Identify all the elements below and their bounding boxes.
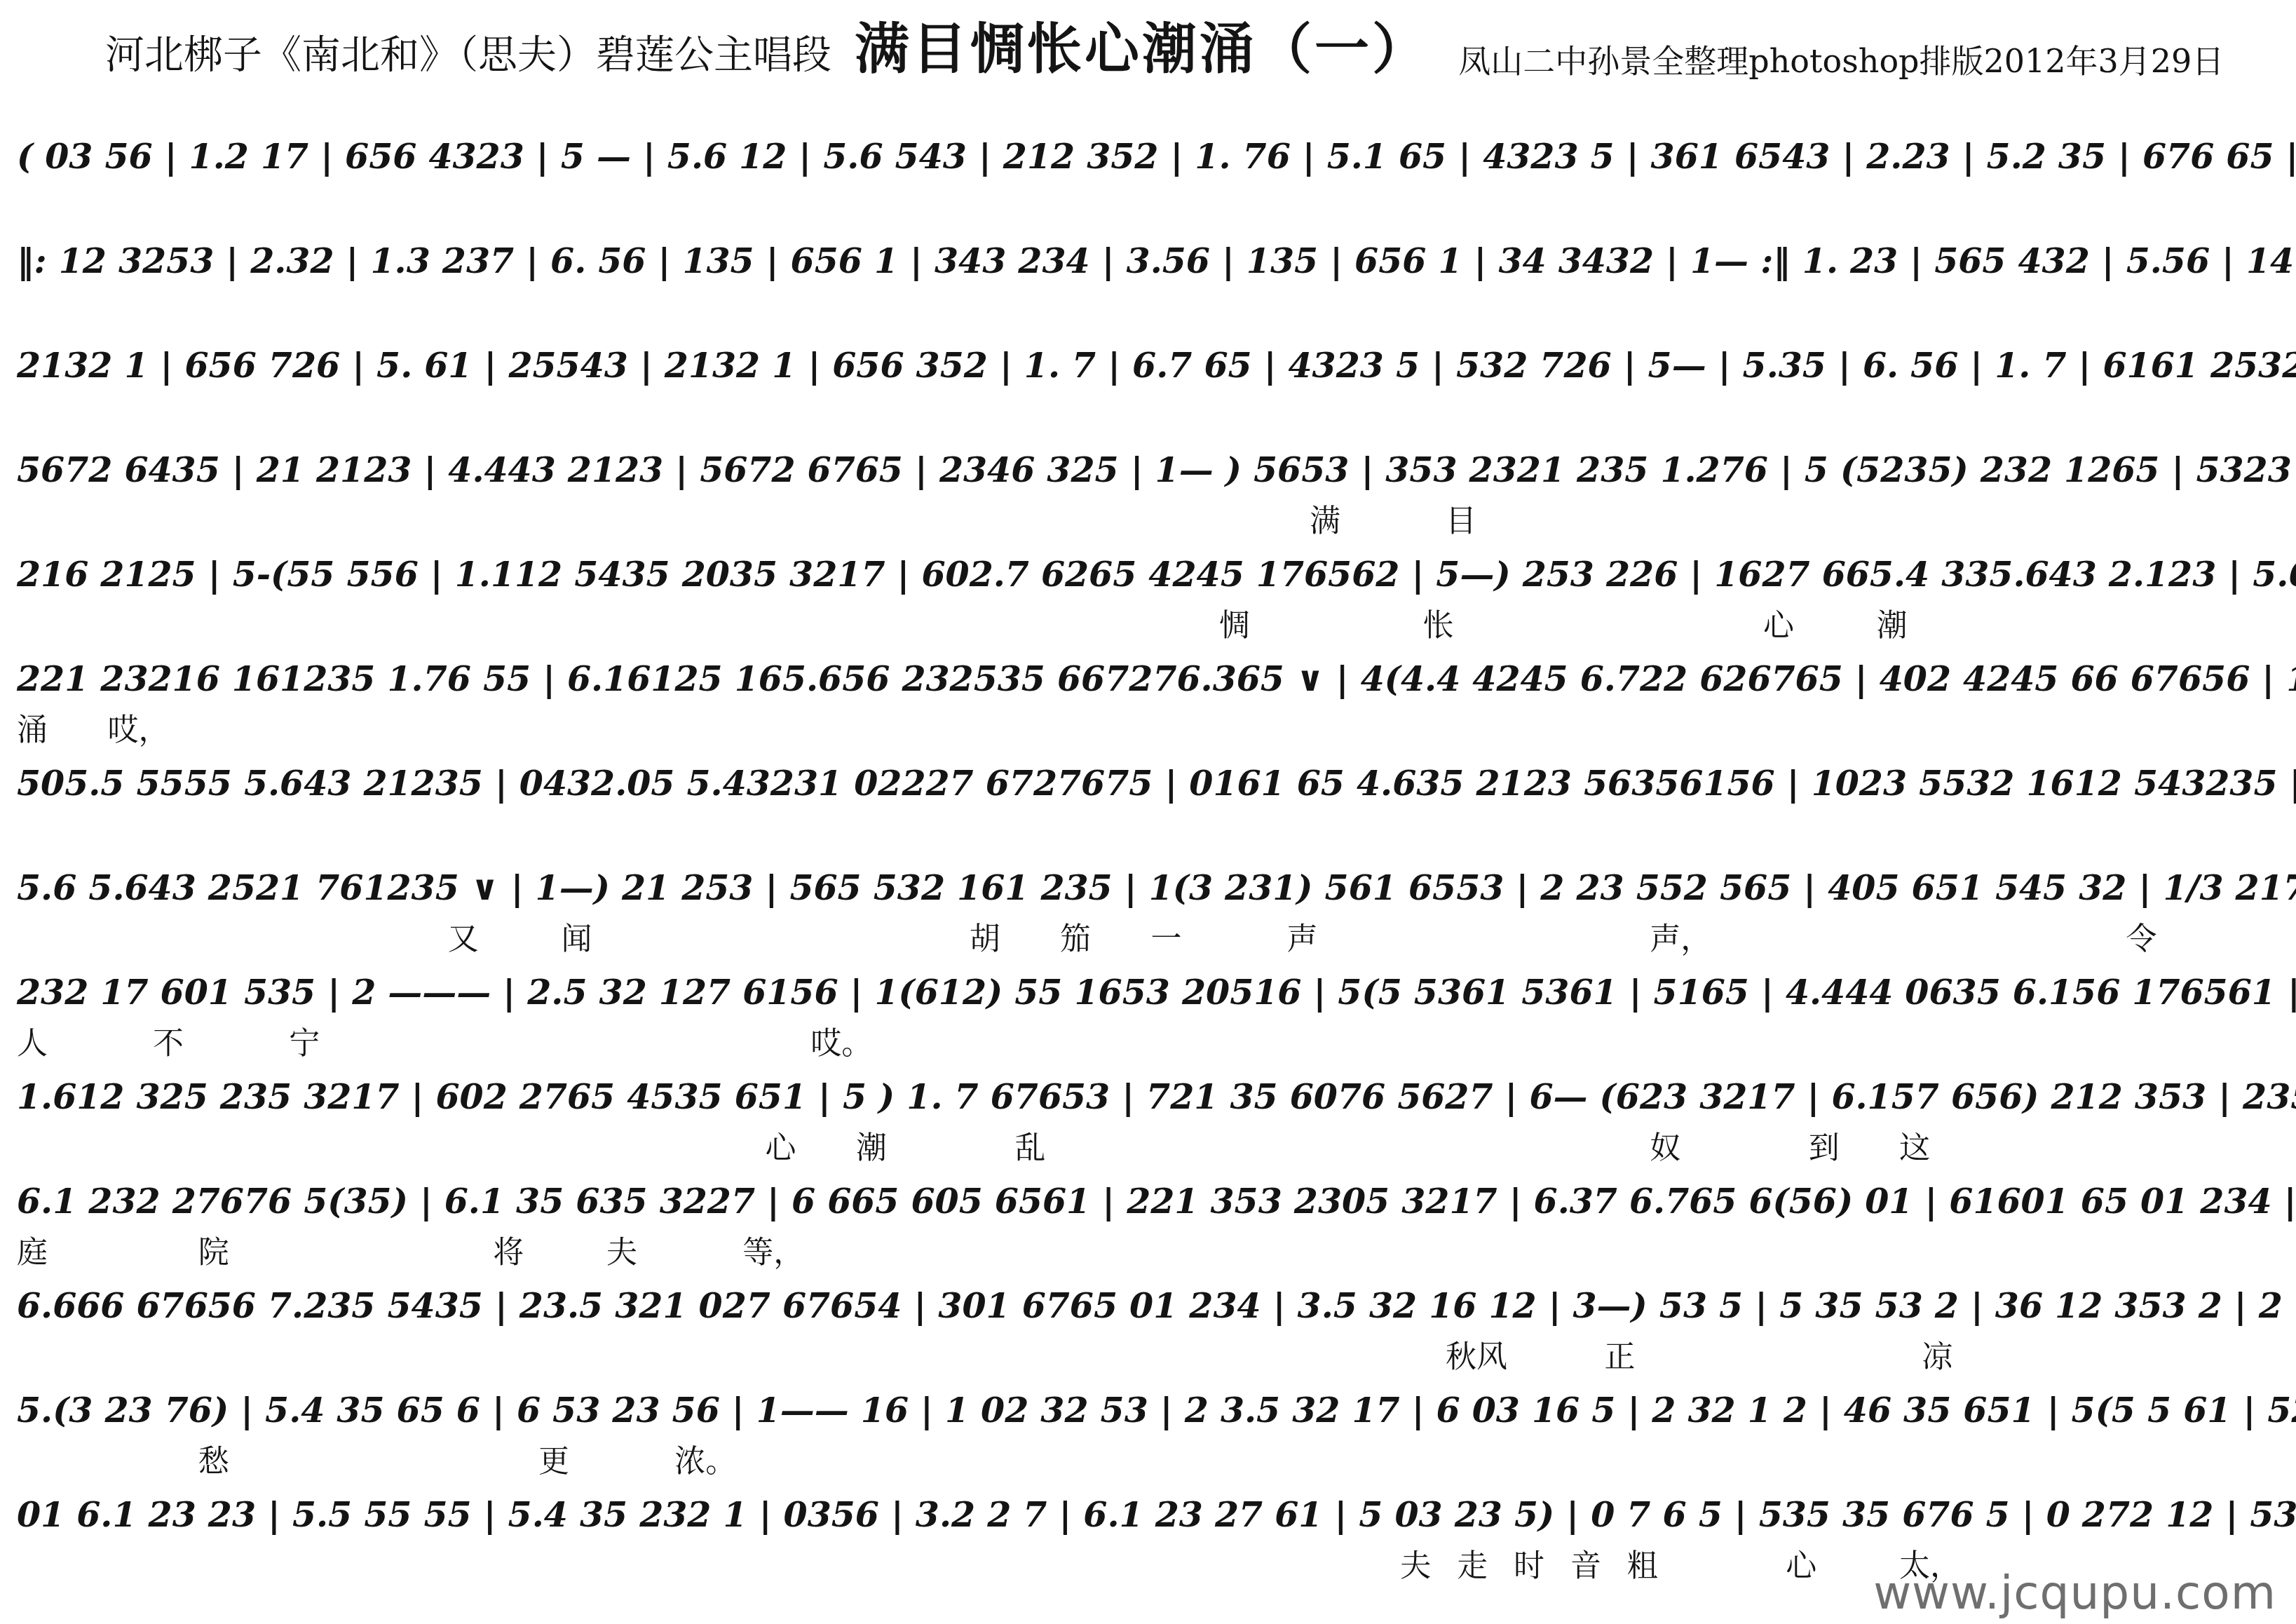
- lyric: 乱: [1014, 1123, 1045, 1168]
- lyric: 庭: [17, 1227, 48, 1272]
- score-line: 232 17 601 535 | 2 ——— | 2.5 32 127 6156…: [17, 954, 2285, 1058]
- lyric: 心: [1763, 600, 1794, 645]
- lyric: 人: [17, 1018, 48, 1063]
- score-line: 5.6 5.643 2521 761235 ∨ | 1—) 21 253 | 5…: [17, 849, 2285, 954]
- notation-row: 232 17 601 535 | 2 ——— | 2.5 32 127 6156…: [17, 954, 2285, 1031]
- arranger-credit: 凤山二中孙景全整理photoshop排版2012年3月29日: [1458, 36, 2224, 82]
- lyric: 到: [1809, 1123, 1840, 1168]
- notation-row: 221 23216 161235 1.76 55 | 6.16125 165.6…: [17, 640, 2285, 717]
- lyric: 哎。: [810, 1018, 872, 1063]
- lyric: 院: [198, 1227, 229, 1272]
- lyric: 令: [2126, 914, 2157, 959]
- lyric: 粗: [1627, 1541, 1658, 1585]
- lyric: 满: [1310, 496, 1340, 541]
- notation-row: 5672 6435 | 21 2123 | 4.443 2123 | 5672 …: [17, 431, 2285, 508]
- opera-subtitle: 河北梆子《南北和》（思夫）碧莲公主唱段: [105, 24, 831, 80]
- lyric: 怅: [1423, 600, 1454, 645]
- sheet-music-page: 河北梆子《南北和》（思夫）碧莲公主唱段 满目惆怅心潮涌（一） 凤山二中孙景全整理…: [0, 0, 2296, 1624]
- notation-row: 5.(3 23 76) | 5.4 35 65 6 | 6 53 23 56 |…: [17, 1372, 2285, 1449]
- lyric: 一: [1151, 914, 1182, 959]
- score-line: 216 2125 | 5-(55 556 | 1.112 5435 2035 3…: [17, 536, 2285, 640]
- site-watermark: www.jcqupu.com: [1873, 1566, 2276, 1620]
- lyric: 浓。: [674, 1436, 736, 1481]
- lyric: 声: [1287, 914, 1318, 959]
- lyric: 目: [1446, 496, 1476, 541]
- score-line: 6.1 232 27676 5(35) | 6.1 35 635 3227 | …: [17, 1163, 2285, 1267]
- notation-row: 505.5 5555 5.643 21235 | 0432.05 5.43231…: [17, 745, 2285, 822]
- lyric: 夫: [1400, 1541, 1431, 1585]
- lyric: 这: [1899, 1123, 1930, 1168]
- lyric: 宁: [289, 1018, 320, 1063]
- lyric: 心: [766, 1123, 796, 1168]
- lyric: 愁: [198, 1436, 229, 1481]
- lyric: 更: [538, 1436, 569, 1481]
- lyric: 夫: [606, 1227, 637, 1272]
- lyric: 奴: [1650, 1123, 1680, 1168]
- lyric: 不: [153, 1018, 184, 1063]
- lyric: 声，: [1650, 914, 1711, 959]
- lyric: 惆: [1219, 600, 1250, 645]
- lyric: 凉: [1922, 1332, 1952, 1376]
- lyric: 心: [1786, 1541, 1816, 1585]
- score-line: 221 23216 161235 1.76 55 | 6.16125 165.6…: [17, 640, 2285, 745]
- page-title: 满目惆怅心潮涌（一）: [855, 6, 1429, 84]
- score-line: 505.5 5555 5.643 21235 | 0432.05 5.43231…: [17, 745, 2285, 849]
- header: 河北梆子《南北和》（思夫）碧莲公主唱段 满目惆怅心潮涌（一） 凤山二中孙景全整理…: [0, 6, 2296, 84]
- lyric: 等，: [742, 1227, 804, 1272]
- lyric: 走: [1457, 1541, 1488, 1585]
- lyric: 又: [448, 914, 479, 959]
- score-line: 5.(3 23 76) | 5.4 35 65 6 | 6 53 23 56 |…: [17, 1372, 2285, 1476]
- lyric: 时: [1514, 1541, 1544, 1585]
- lyric: 笳: [1060, 914, 1091, 959]
- score-line: 5672 6435 | 21 2123 | 4.443 2123 | 5672 …: [17, 431, 2285, 536]
- lyric: 潮: [856, 1123, 887, 1168]
- lyric: 闻: [561, 914, 592, 959]
- lyric: 秋风: [1446, 1332, 1507, 1376]
- score-line: 6.666 67656 7.235 5435 | 23.5 321 027 67…: [17, 1267, 2285, 1372]
- score-line: 1.612 325 235 3217 | 602 2765 4535 651 |…: [17, 1058, 2285, 1163]
- notation-row: ( 03 56 | 1.2 17 | 656 4323 | 5 — | 5.6 …: [17, 118, 2285, 195]
- score-line: 2132 1 | 656 726 | 5. 61 | 25543 | 2132 …: [17, 327, 2285, 431]
- lyric: 涌: [17, 705, 48, 750]
- notation-row: 1.612 325 235 3217 | 602 2765 4535 651 |…: [17, 1058, 2285, 1135]
- lyric: 正: [1605, 1332, 1636, 1376]
- notation-row: 6.1 232 27676 5(35) | 6.1 35 635 3227 | …: [17, 1163, 2285, 1240]
- lyric: 音: [1570, 1541, 1601, 1585]
- score-line: 01 6.1 23 23 | 5.5 55 55 | 5.4 35 232 1 …: [17, 1476, 2285, 1581]
- notation-row: ‖: 12 3253 | 2.32 | 1.3 237 | 6. 56 | 13…: [17, 222, 2285, 299]
- lyric: 潮: [1877, 600, 1908, 645]
- lyric: 胡: [970, 914, 1000, 959]
- score-line: ‖: 12 3253 | 2.32 | 1.3 237 | 6. 56 | 13…: [17, 222, 2285, 327]
- score-line: ( 03 56 | 1.2 17 | 656 4323 | 5 — | 5.6 …: [17, 118, 2285, 222]
- score-body: ( 03 56 | 1.2 17 | 656 4323 | 5 — | 5.6 …: [17, 118, 2285, 1581]
- lyric: 哎，: [107, 705, 169, 750]
- lyric: 将: [493, 1227, 524, 1272]
- notation-row: 2132 1 | 656 726 | 5. 61 | 25543 | 2132 …: [17, 327, 2285, 404]
- notation-row: 216 2125 | 5-(55 556 | 1.112 5435 2035 3…: [17, 536, 2285, 613]
